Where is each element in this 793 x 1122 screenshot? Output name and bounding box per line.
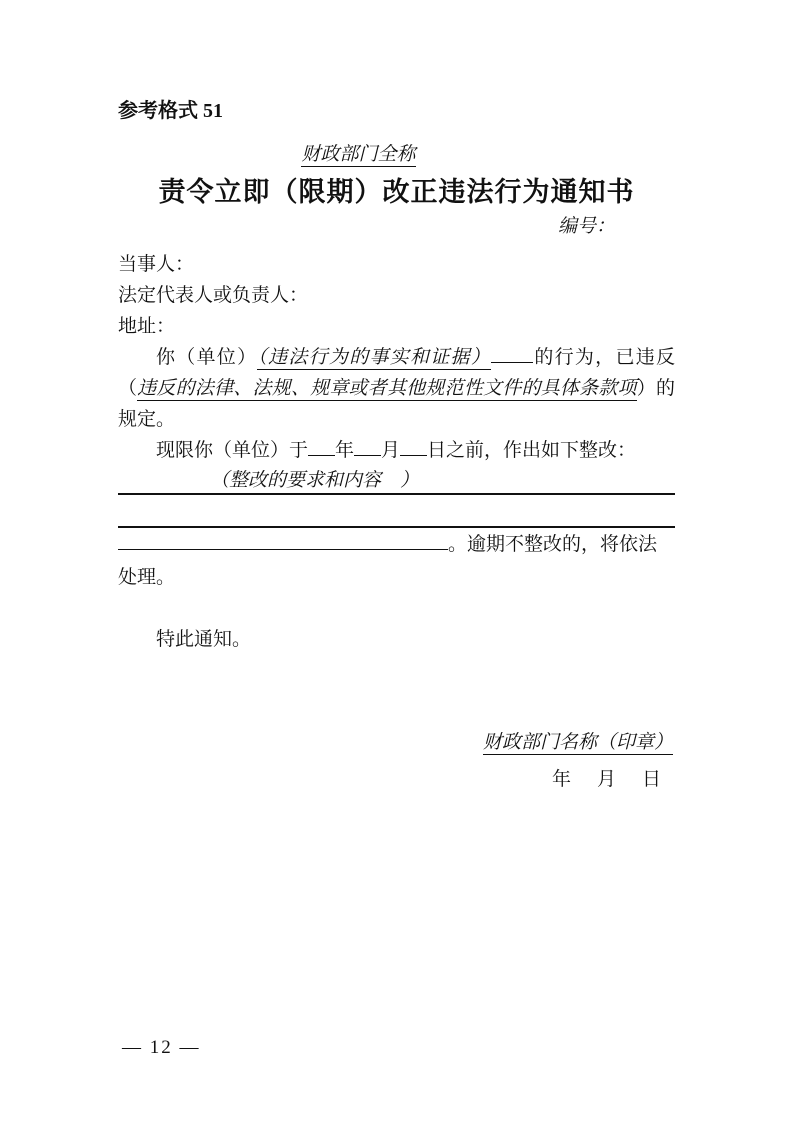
deadline-pre-text: 现限你（单位）于: [156, 440, 308, 461]
document-number-label: 编号：: [558, 216, 615, 237]
violated-law-hint: 违反的法律、法规、规章或者其他规范性文件的具体条款项: [137, 378, 637, 401]
address-field: 地址：: [118, 311, 675, 342]
deadline-end-text: 日之前，作出如下整改：: [427, 440, 636, 461]
recipient-fields: 当事人： 法定代表人或负责人： 地址：: [118, 249, 675, 342]
date-year-label: 年: [552, 766, 571, 794]
party-field: 当事人：: [118, 249, 675, 280]
document-content: 参考格式 51 财政部门全称 责令立即（限期）改正违法行为通知书 编号： 当事人…: [118, 0, 675, 794]
document-title: 责令立即（限期）改正违法行为通知书: [118, 175, 675, 209]
month-blank: [354, 437, 381, 456]
org-name-line: 财政部门全称: [118, 142, 675, 168]
signature-date-line: 年 月 日: [118, 766, 675, 794]
org-name-placeholder: 财政部门全称: [301, 144, 415, 167]
closing-notice: 特此通知。: [118, 624, 675, 655]
legal-rep-field: 法定代表人或负责人：: [118, 280, 675, 311]
overdue-paragraph: 。逾期不整改的，将依法处理。: [118, 528, 675, 594]
year-blank: [308, 437, 335, 456]
rectification-hint: （整改的要求和内容 ）: [118, 470, 419, 491]
page-number: — 12 —: [122, 1036, 201, 1060]
document-page: 参考格式 51 财政部门全称 责令立即（限期）改正违法行为通知书 编号： 当事人…: [0, 0, 793, 1122]
party-label: 当事人：: [118, 254, 194, 275]
violation-paragraph: 你（单位）（违法行为的事实和证据）的行为，已违反（违反的法律、法规、规章或者其他…: [118, 342, 675, 435]
year-label: 年: [335, 440, 354, 461]
rectification-line-1: （整改的要求和内容 ）: [118, 466, 675, 495]
day-blank: [400, 437, 427, 456]
date-month-label: 月: [597, 766, 616, 794]
month-label: 月: [381, 440, 400, 461]
org-seal-placeholder: 财政部门名称（印章）: [483, 732, 673, 755]
document-number-line: 编号：: [118, 214, 675, 240]
fill-in-blank: [491, 344, 533, 363]
violation-pre-text: 你（单位）: [156, 347, 257, 368]
rectification-line-2: [118, 495, 675, 528]
closing-text: 特此通知。: [156, 629, 251, 650]
deadline-paragraph: 现限你（单位）于年月日之前，作出如下整改：: [118, 435, 675, 466]
rectification-line-3-blank: [118, 531, 448, 550]
violation-fact-hint: （违法行为的事实和证据）: [257, 347, 491, 370]
address-label: 地址：: [118, 316, 175, 337]
reference-format-label: 参考格式 51: [118, 99, 675, 123]
signature-line: 财政部门名称（印章）: [118, 729, 675, 757]
legal-rep-label: 法定代表人或负责人：: [118, 285, 308, 306]
date-day-label: 日: [642, 766, 661, 794]
